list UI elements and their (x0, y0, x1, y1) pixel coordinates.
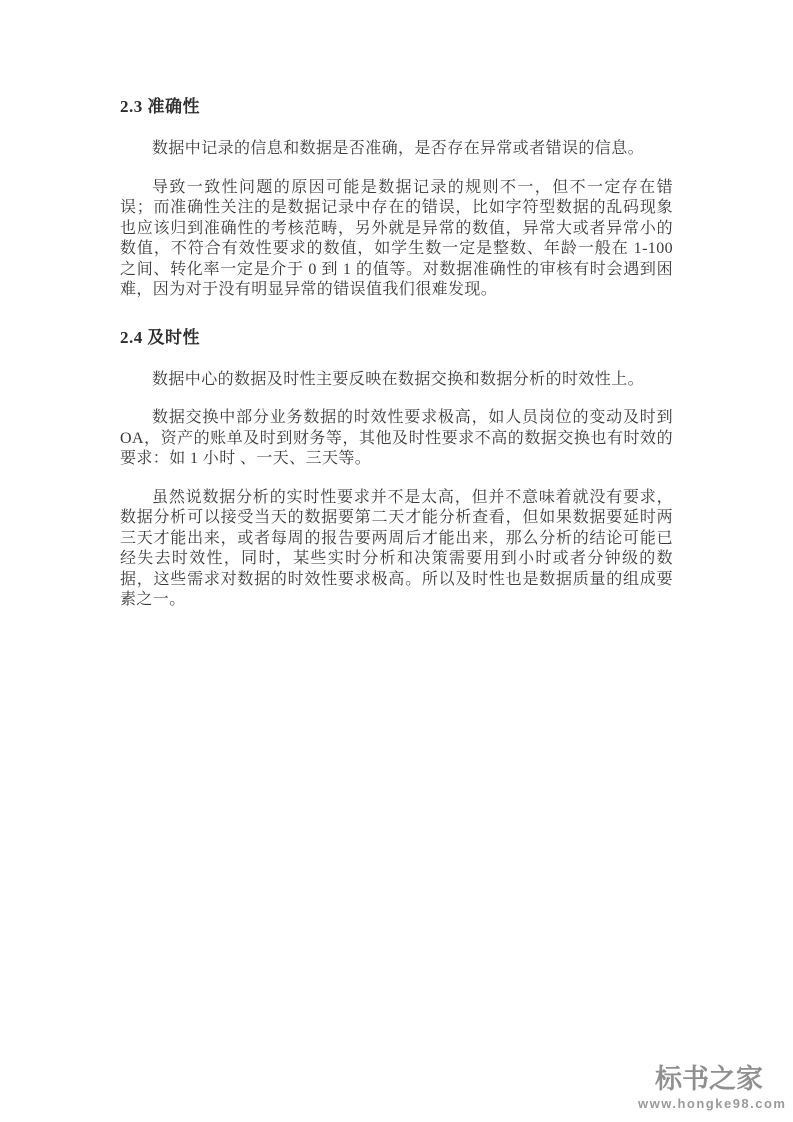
watermark: 标书之家 www.hongke98.com (638, 1064, 780, 1111)
watermark-logo-text: 标书之家 (638, 1064, 780, 1094)
section-heading-2-3: 2.3 准确性 (120, 96, 673, 118)
paragraph-accuracy-intro: 数据中记录的信息和数据是否准确，是否存在异常或者错误的信息。 (120, 139, 673, 160)
paragraph-timeliness-intro: 数据中心的数据及时性主要反映在数据交换和数据分析的时效性上。 (120, 370, 673, 391)
document-page: 2.3 准确性 数据中记录的信息和数据是否准确，是否存在异常或者错误的信息。 导… (0, 0, 793, 1122)
paragraph-timeliness-analysis: 虽然说数据分析的实时性要求并不是太高，但并不意味着就没有要求，数据分析可以接受当… (120, 488, 673, 611)
section-heading-2-4: 2.4 及时性 (120, 327, 673, 349)
paragraph-accuracy-detail: 导致一致性问题的原因可能是数据记录的规则不一，但不一定存在错误；而准确性关注的是… (120, 178, 673, 301)
paragraph-timeliness-exchange: 数据交换中部分业务数据的时效性要求极高，如人员岗位的变动及时到 OA，资产的账单… (120, 408, 673, 470)
watermark-site-url: www.hongke98.com (638, 1096, 780, 1111)
document-content: 2.3 准确性 数据中记录的信息和数据是否准确，是否存在异常或者错误的信息。 导… (120, 96, 673, 629)
